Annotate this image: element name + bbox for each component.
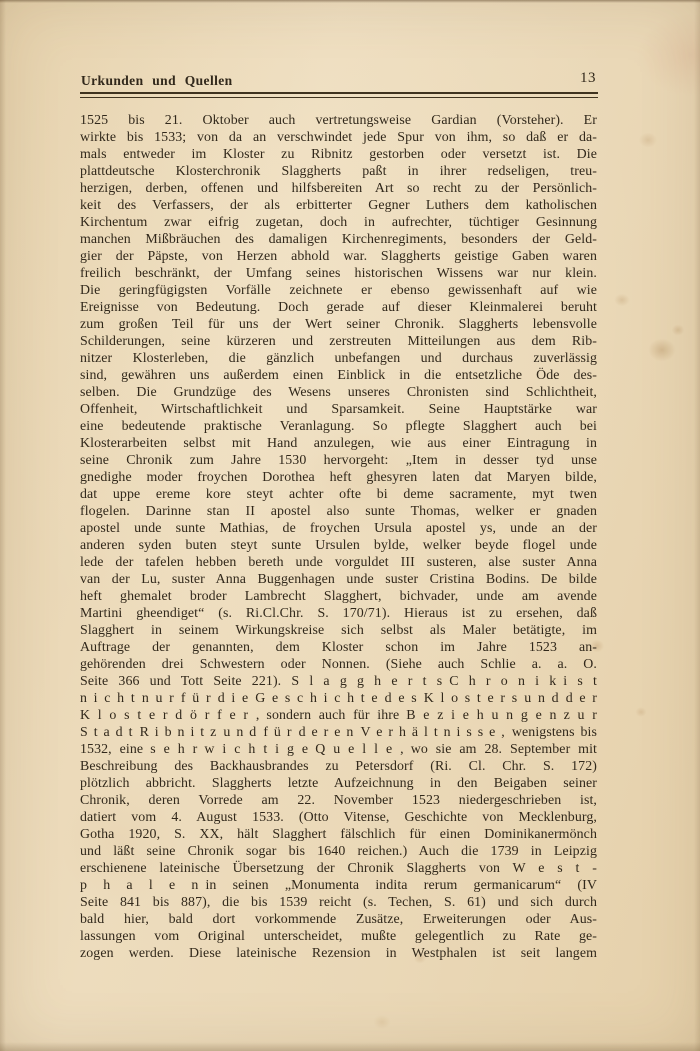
text-line: nitzer Klosterleben, die gänzlich unbefa…: [80, 350, 597, 367]
text-line: Seite 366 und Tott Seite 221). S l a g g…: [80, 673, 597, 690]
text-line: gnedighe moder froychen Dorothea heft gh…: [80, 469, 597, 486]
text-line: keit des Verfassers, der als erbitterter…: [80, 197, 597, 214]
text-line: Beschreibung des Backhausbrandes zu Pete…: [80, 758, 597, 775]
text-line: K l o s t e r d ö r f e r , sondern auch…: [80, 707, 597, 724]
text-line: apostel unde sunte Mathias, de froychen …: [80, 520, 597, 537]
text-line: anderen syden buten steyt sunte Ursulen …: [80, 537, 597, 554]
text-line: Die geringfügigsten Vorfälle zeichnete e…: [80, 282, 597, 299]
text-line: wirkte bis 1533; von da an verschwindet …: [80, 129, 597, 146]
text-line: n i c h t n u r f ü r d i e G e s c h i …: [80, 690, 597, 707]
running-title: Urkunden und Quellen: [81, 73, 233, 89]
text-line: Klosterarbeiten selbst mit Hand anzulege…: [80, 435, 597, 452]
text-line: 1532, eine s e h r w i c h t i g e Q u e…: [80, 741, 597, 758]
text-line: eine bedeutende praktische Veranlagung. …: [80, 418, 597, 435]
text-line: Auftrage der genannten, dem Kloster scho…: [80, 639, 597, 656]
text-line: dat uppe ereme kore steyt achter ofte bi…: [80, 486, 597, 503]
text-line: Kirchentum zwar eifrig zugetan, doch in …: [80, 214, 597, 231]
page-scan: Urkunden und Quellen 13 1525 bis 21. Okt…: [0, 0, 700, 1051]
text-line: plattdeutsche Klosterchronik Slaggherts …: [80, 163, 597, 180]
text-line: p h a l e n in seinen „Monumenta indita …: [80, 877, 597, 894]
text-line: manchen Mißbräuchen des damaligen Kirche…: [80, 231, 597, 248]
text-line: S t a d t R i b n i t z u n d f ü r d e …: [80, 724, 597, 741]
text-line: herzigen, derben, offenen und hilfsberei…: [80, 180, 597, 197]
text-line: Martini gheendiget“ (s. Ri.Cl.Chr. S. 17…: [80, 605, 597, 622]
text-line: Ereignisse von Bedeutung. Doch gerade au…: [80, 299, 597, 316]
text-line: lassungen vom Original unterscheidet, mu…: [80, 928, 597, 945]
text-line: mals entweder im Kloster zu Ribnitz gest…: [80, 146, 597, 163]
text-line: van der Lu, suster Anna Buggenhagen unde…: [80, 571, 597, 588]
text-line: gehörenden drei Schwestern oder Nonnen. …: [80, 656, 597, 673]
text-line: bald hier, bald dort vorkommende Zusätze…: [80, 911, 597, 928]
text-line: Chronik, deren Vorrede am 22. November 1…: [80, 792, 597, 809]
text-line: lede der tafelen hebben bereth unde vorg…: [80, 554, 597, 571]
text-line: heft ghemalet broder Lambrecht Slagghert…: [80, 588, 597, 605]
text-line: erschienene lateinische Übersetzung der …: [80, 860, 597, 877]
header-rule: [80, 92, 598, 98]
text-line: freilich beschränkt, der Umfang seines h…: [80, 265, 597, 282]
text-line: sind, gewähren uns außerdem einen Einbli…: [80, 367, 597, 384]
body-text: 1525 bis 21. Oktober auch vertretungswei…: [80, 112, 597, 962]
text-line: seine Chronik zum Jahre 1530 hervorgeht:…: [80, 452, 597, 469]
text-line: zogen werden. Diese lateinische Rezensio…: [80, 945, 597, 962]
text-line: Schilderungen, seine kürzeren und zerstr…: [80, 333, 597, 350]
page-number: 13: [580, 70, 596, 87]
text-line: 1525 bis 21. Oktober auch vertretungswei…: [80, 112, 597, 129]
text-line: Slagghert in seinem Wirkungskreise sich …: [80, 622, 597, 639]
text-line: plötzlich abbricht. Slaggherts letzte Au…: [80, 775, 597, 792]
text-line: zum großen Teil für uns der Wert seiner …: [80, 316, 597, 333]
text-line: Seite 841 bis 887), die bis 1539 reicht …: [80, 894, 597, 911]
text-line: datiert vom 4. August 1533. (Otto Vitens…: [80, 809, 597, 826]
text-line: gier der Päpste, von Herzen abhold war. …: [80, 248, 597, 265]
text-line: Gotha 1920, S. XX, hält Slagghert fälsch…: [80, 826, 597, 843]
text-line: selben. Die Grundzüge des Wesens unseres…: [80, 384, 597, 401]
text-line: Offenheit, Wirtschaftlichkeit und Sparsa…: [80, 401, 597, 418]
text-line: flogelen. Darinne stan II apostel also s…: [80, 503, 597, 520]
text-line: und läßt seine Chronik sogar bis 1640 re…: [80, 843, 597, 860]
